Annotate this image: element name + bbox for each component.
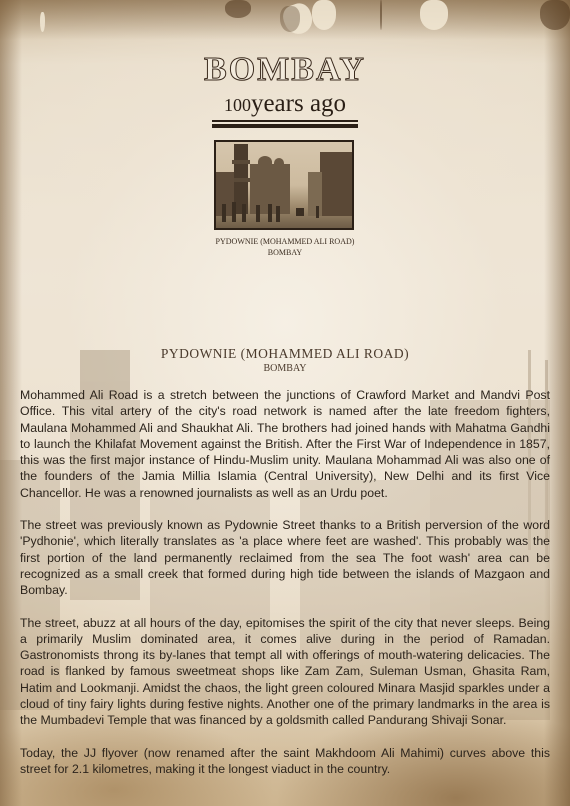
torn-fragment [312,0,336,30]
historic-photo [214,140,354,230]
paragraph-history: Mohammed Ali Road is a stretch between t… [20,387,550,501]
aged-paper-page: BOMBAY 100years ago [0,0,570,806]
torn-fragment [280,6,300,32]
photo-caption: PYDOWNIE (MOHAMMED ALI ROAD) BOMBAY [0,236,570,258]
torn-fragment [540,0,570,30]
torn-fragment [420,0,448,30]
paragraph-flyover: Today, the JJ flyover (now renamed after… [20,745,550,778]
torn-fragment [225,0,251,18]
photo-image [216,142,352,228]
torn-fragment [380,0,382,30]
section-heading: PYDOWNIE (MOHAMMED ALI ROAD) BOMBAY [0,346,570,375]
caption-line-2: BOMBAY [0,247,570,258]
masthead-subtitle: 100years ago [224,90,346,119]
torn-fragment [40,12,45,32]
article-body: Mohammed Ali Road is a stretch between t… [20,387,550,777]
masthead: BOMBAY 100years ago [0,52,570,128]
title-rule [212,120,358,122]
subtitle-text: years ago [251,90,346,117]
subtitle-number: 100 [224,95,251,115]
paragraph-street-life: The street, abuzz at all hours of the da… [20,615,550,729]
title-rule-thick [212,124,358,128]
section-title: PYDOWNIE (MOHAMMED ALI ROAD) [0,346,570,362]
masthead-title: BOMBAY [0,52,570,88]
section-subtitle: BOMBAY [0,362,570,375]
caption-line-1: PYDOWNIE (MOHAMMED ALI ROAD) [0,236,570,247]
paragraph-name-origin: The street was previously known as Pydow… [20,517,550,598]
